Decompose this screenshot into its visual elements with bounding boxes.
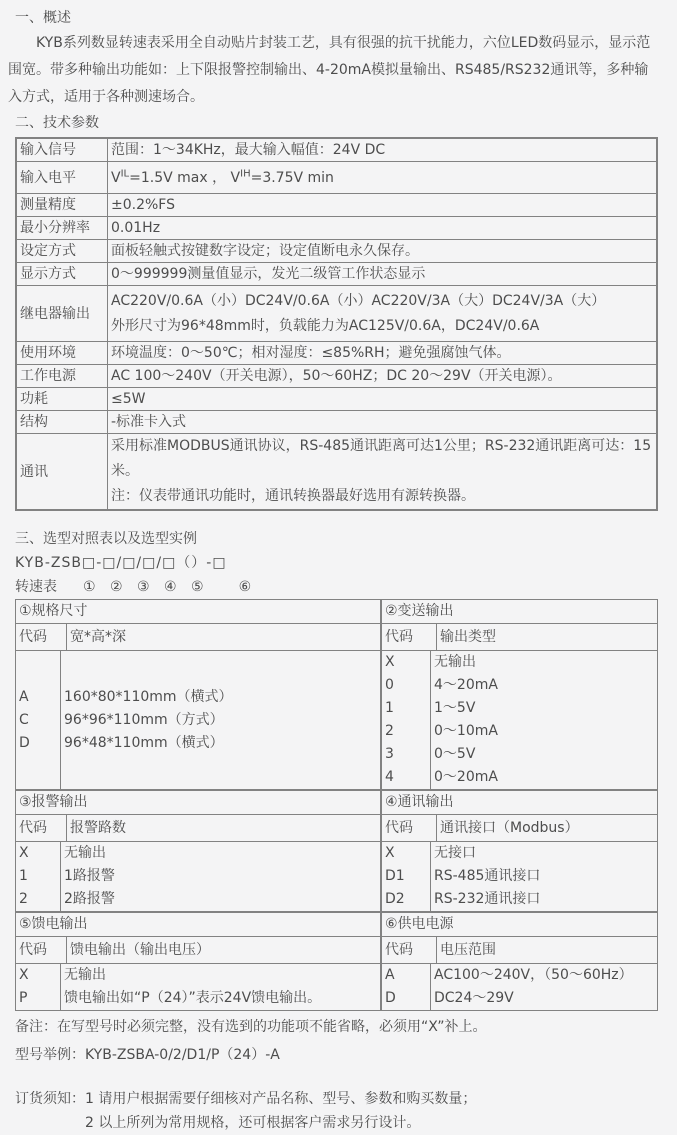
code-cell: X (382, 651, 430, 674)
selection-group-power-supply: ⑥供电电源 代码 电压范围 A D AC100～240V，（50～60Hz） D… (381, 912, 658, 1011)
row-label: 功耗 (16, 388, 108, 411)
code-cell: 2 (16, 888, 60, 911)
group-title: ④通讯输出 (382, 791, 657, 815)
model-format-code: KYB-ZSB□-□/□/□/□（）-□ (15, 551, 661, 575)
group-header: 代码 通讯接口（Modbus） (382, 815, 657, 842)
code-cell: D (16, 732, 60, 755)
desc-cell: 2路报警 (61, 888, 380, 911)
code-column: A C D (16, 651, 61, 789)
desc-cell: 0～10mA (431, 720, 657, 743)
code-cell: C (16, 709, 60, 732)
code-cell: P (16, 987, 60, 1010)
group-title: ②变送输出 (382, 600, 657, 624)
v-symbol: V (111, 170, 121, 186)
selection-group-size: ①规格尺寸 代码 宽*高*深 A C D 160*80*110mm（横式） 96… (15, 599, 381, 790)
desc-cell: 1路报警 (61, 865, 380, 888)
column-header: 报警路数 (67, 815, 380, 841)
code-cell: 4 (382, 766, 430, 789)
v-sup-ih: IH (240, 168, 250, 179)
desc-column: 无输出 4～20mA 1～5V 0～10mA 0～5V 0～20mA (431, 651, 657, 789)
desc-cell: 4～20mA (431, 674, 657, 697)
row-label: 使用环境 (16, 342, 108, 365)
selection-group-alarm-output: ③报警输出 代码 报警路数 X 1 2 无输出 1路报警 2路报警 (15, 790, 381, 912)
group-title: ⑥供电电源 (382, 913, 657, 937)
row-value: ±0.2%FS (108, 194, 658, 217)
v-end-text: =3.75V min (251, 170, 334, 186)
row-value: 0～999999测量值显示，发光二级管工作状态显示 (108, 263, 658, 286)
column-header: 代码 (382, 624, 437, 650)
column-header: 宽*高*深 (67, 624, 380, 650)
selection-heading: 三、选型对照表以及选型实例 (15, 527, 661, 551)
v-symbol: V (231, 170, 241, 186)
order-notes-label: 订货须知： (15, 1087, 85, 1135)
column-header: 代码 (382, 937, 437, 963)
row-label: 测量精度 (16, 194, 108, 217)
code-cell: 1 (16, 865, 60, 888)
row-value: -标准卡入式 (108, 411, 658, 434)
selection-group-feed-output: ⑤馈电输出 代码 馈电输出（输出电压） X P 无输出 馈电输出如“P（24）”… (15, 912, 381, 1011)
code-column: X 1 2 (16, 842, 61, 911)
remark-note: 备注：在写型号时必须完整，没有选到的功能项不能省略，必须用“X”补上。 (15, 1015, 661, 1039)
group-body: A D AC100～240V，（50～60Hz） DC24～29V (382, 964, 657, 1010)
code-cell: 2 (382, 720, 430, 743)
row-value: ≤5W (108, 388, 658, 411)
code-cell: A (382, 964, 430, 987)
desc-cell: 160*80*110mm（横式） (61, 686, 380, 709)
desc-cell: 1～5V (431, 697, 657, 720)
code-cell: X (16, 964, 60, 987)
table-row: 工作电源 AC 100～240V（开关电源），50～60HZ；DC 20～29V… (16, 365, 657, 388)
code-cell: X (382, 842, 430, 865)
table-row: 通讯 采用标准MODBUS通讯协议，RS-485通讯距离可达1公里；RS-232… (16, 434, 657, 511)
code-column: X 0 1 2 3 4 (382, 651, 431, 789)
overview-paragraph: KYB系列数显转速表采用全自动贴片封装工艺，具有很强的抗干扰能力，六位LED数码… (8, 30, 661, 111)
table-row: 最小分辨率 0.01Hz (16, 217, 657, 240)
v-mid-text: =1.5V max ， (129, 170, 230, 186)
desc-column: AC100～240V，（50～60Hz） DC24～29V (431, 964, 657, 1010)
row-value-input-level: VIL=1.5V max ， VIH=3.75V min (108, 162, 658, 194)
column-header: 代码 (16, 937, 67, 963)
column-header: 代码 (382, 815, 437, 841)
column-header: 代码 (16, 815, 67, 841)
desc-cell: 96*48*110mm（横式） (61, 732, 380, 755)
group-body: X 1 2 无输出 1路报警 2路报警 (16, 842, 380, 911)
group-header: 代码 宽*高*深 (16, 624, 380, 651)
row-label: 显示方式 (16, 263, 108, 286)
group-body: X 0 1 2 3 4 无输出 4～20mA 1～5V 0～10mA 0～5V … (382, 651, 657, 789)
desc-cell: 无接口 (431, 842, 657, 865)
column-header: 电压范围 (437, 937, 657, 963)
row-value: 范围：1～34KHz，最大输入幅值：24V DC (108, 138, 658, 162)
v-sup-il: IL (121, 168, 130, 179)
desc-cell: AC100～240V，（50～60Hz） (431, 964, 657, 987)
document-root: 一、概述 KYB系列数显转速表采用全自动贴片封装工艺，具有很强的抗干扰能力，六位… (0, 0, 677, 1135)
model-example: 型号举例：KYB-ZSBA-0/2/D1/P（24）-A (15, 1043, 661, 1067)
table-row: 显示方式 0～999999测量值显示，发光二级管工作状态显示 (16, 263, 657, 286)
row-value: AC220V/0.6A（小）DC24V/0.6A（小）AC220V/3A（大）D… (108, 286, 658, 342)
row-label: 通讯 (16, 434, 108, 511)
group-header: 代码 电压范围 (382, 937, 657, 964)
code-cell: 1 (382, 697, 430, 720)
group-body: A C D 160*80*110mm（横式） 96*96*110mm（方式） 9… (16, 651, 380, 789)
table-row: 功耗 ≤5W (16, 388, 657, 411)
table-row: 测量精度 ±0.2%FS (16, 194, 657, 217)
desc-cell: 0～5V (431, 743, 657, 766)
desc-cell: 无输出 (431, 651, 657, 674)
desc-column: 无输出 1路报警 2路报警 (61, 842, 380, 911)
column-header: 代码 (16, 624, 67, 650)
table-row: 继电器输出 AC220V/0.6A（小）DC24V/0.6A（小）AC220V/… (16, 286, 657, 342)
row-label: 工作电源 (16, 365, 108, 388)
row-value: AC 100～240V（开关电源），50～60HZ；DC 20～29V（开关电源… (108, 365, 658, 388)
selection-group-comm-output: ④通讯输出 代码 通讯接口（Modbus） X D1 D2 无接口 RS-485… (381, 790, 658, 912)
group-title: ⑤馈电输出 (16, 913, 380, 937)
desc-cell: RS-485通讯接口 (431, 865, 657, 888)
group-body: X P 无输出 馈电输出如“P（24）”表示24V馈电输出。 (16, 964, 380, 1010)
desc-column: 无输出 馈电输出如“P（24）”表示24V馈电输出。 (61, 964, 380, 1010)
column-header: 输出类型 (437, 624, 657, 650)
tech-params-heading: 二、技术参数 (15, 111, 661, 135)
order-item: 2 以上所列为常用规格，还可根据客户需求另行设计。 (85, 1111, 476, 1135)
code-column: X P (16, 964, 61, 1010)
desc-cell: 馈电输出如“P（24）”表示24V馈电输出。 (61, 987, 380, 1010)
row-label: 输入信号 (16, 138, 108, 162)
row-value: 面板轻触式按键数字设定；设定值断电永久保存。 (108, 240, 658, 263)
legend-numbers: ① ② ③ ④ ⑤ (83, 579, 209, 595)
group-header: 代码 馈电输出（输出电压） (16, 937, 380, 964)
row-value: 环境温度：0～50℃；相对湿度：≤85%RH；避免强腐蚀气体。 (108, 342, 658, 365)
code-column: X D1 D2 (382, 842, 431, 911)
desc-column: 160*80*110mm（横式） 96*96*110mm（方式） 96*48*1… (61, 651, 380, 789)
table-row: 设定方式 面板轻触式按键数字设定；设定值断电永久保存。 (16, 240, 657, 263)
value-line: 注：仪表带通讯功能时，通讯转换器最好选用有源转换器。 (111, 484, 653, 509)
order-item: 1 请用户根据需要仔细核对产品名称、型号、参数和购买数量； (85, 1087, 476, 1111)
code-column: A D (382, 964, 431, 1010)
tech-params-table: 输入信号 范围：1～34KHz，最大输入幅值：24V DC 输入电平 VIL=1… (15, 137, 658, 511)
code-cell: X (16, 842, 60, 865)
code-cell: 0 (382, 674, 430, 697)
code-cell: A (16, 686, 60, 709)
row-label: 输入电平 (16, 162, 108, 194)
desc-cell: 96*96*110mm（方式） (61, 709, 380, 732)
desc-column: 无接口 RS-485通讯接口 RS-232通讯接口 (431, 842, 657, 911)
order-items: 1 请用户根据需要仔细核对产品名称、型号、参数和购买数量； 2 以上所列为常用规… (85, 1087, 476, 1135)
code-cell: D2 (382, 888, 430, 911)
group-title: ①规格尺寸 (16, 600, 380, 624)
selection-group-transmit-output: ②变送输出 代码 输出类型 X 0 1 2 3 4 无输出 4～20mA 1～5… (381, 599, 658, 790)
value-line: 外形尺寸为96*48mm时，负载能力为AC125V/0.6A，DC24V/0.6… (111, 314, 653, 339)
group-header: 代码 报警路数 (16, 815, 380, 842)
column-header: 馈电输出（输出电压） (67, 937, 380, 963)
table-row: 使用环境 环境温度：0～50℃；相对湿度：≤85%RH；避免强腐蚀气体。 (16, 342, 657, 365)
row-label: 继电器输出 (16, 286, 108, 342)
code-cell: D1 (382, 865, 430, 888)
row-label: 结构 (16, 411, 108, 434)
page: { "overview": { "heading": "一、概述", "para… (0, 0, 677, 1118)
selection-table: ①规格尺寸 代码 宽*高*深 A C D 160*80*110mm（横式） 96… (15, 599, 658, 1011)
column-header: 通讯接口（Modbus） (437, 815, 657, 841)
desc-cell: 0～20mA (431, 766, 657, 789)
value-line: AC220V/0.6A（小）DC24V/0.6A（小）AC220V/3A（大）D… (111, 289, 653, 314)
legend-label: 转速表 (15, 579, 57, 595)
table-row: 输入电平 VIL=1.5V max ， VIH=3.75V min (16, 162, 657, 194)
row-value: 0.01Hz (108, 217, 658, 240)
desc-cell: RS-232通讯接口 (431, 888, 657, 911)
desc-cell: 无输出 (61, 964, 380, 987)
legend-number-6: ⑥ (239, 579, 252, 595)
row-label: 设定方式 (16, 240, 108, 263)
order-notes: 订货须知： 1 请用户根据需要仔细核对产品名称、型号、参数和购买数量； 2 以上… (15, 1087, 661, 1135)
desc-cell: 无输出 (61, 842, 380, 865)
group-header: 代码 输出类型 (382, 624, 657, 651)
row-value: 采用标准MODBUS通讯协议，RS-485通讯距离可达1公里；RS-232通讯距… (108, 434, 658, 511)
desc-cell: DC24～29V (431, 987, 657, 1010)
value-line: 采用标准MODBUS通讯协议，RS-485通讯距离可达1公里；RS-232通讯距… (111, 434, 653, 484)
overview-heading: 一、概述 (15, 6, 661, 30)
model-legend: 转速表① ② ③ ④ ⑤⑥ (15, 575, 661, 599)
code-cell: D (382, 987, 430, 1010)
table-row: 结构 -标准卡入式 (16, 411, 657, 434)
group-title: ③报警输出 (16, 791, 380, 815)
group-body: X D1 D2 无接口 RS-485通讯接口 RS-232通讯接口 (382, 842, 657, 911)
code-cell: 3 (382, 743, 430, 766)
row-label: 最小分辨率 (16, 217, 108, 240)
table-row: 输入信号 范围：1～34KHz，最大输入幅值：24V DC (16, 138, 657, 162)
